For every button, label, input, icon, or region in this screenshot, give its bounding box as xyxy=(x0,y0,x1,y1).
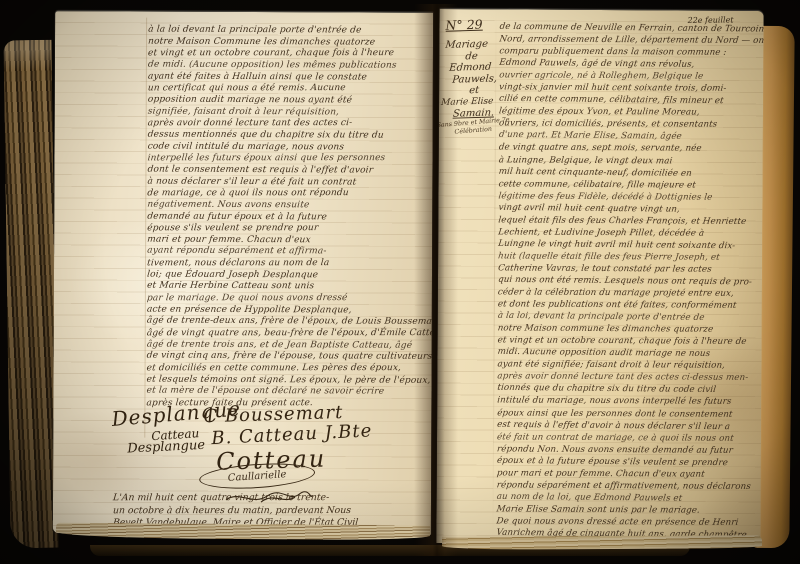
signature-caullarielle: Caullarielle xyxy=(228,469,287,484)
handwritten-line: opposition audit mariage ne nous ayant é… xyxy=(147,95,432,108)
handwritten-line: âgé de vingt quatre ans, beau-frère de l… xyxy=(146,328,431,340)
handwritten-line: négativement. Nous avons ensuite xyxy=(147,199,432,212)
handwritten-line: interpellé les futurs époux ainsi que le… xyxy=(147,153,432,165)
photo-of-open-marriage-register: à la loi devant la principale porte d'en… xyxy=(0,0,800,564)
act-margin-annotation: MariagedeEdmondPauwels,etMarie EliseSama… xyxy=(439,39,501,120)
handwritten-line: ayant répondu séparément et affirma- xyxy=(147,246,432,259)
handwritten-line: et la mère de l'épouse ont déclaré ne sa… xyxy=(146,386,431,399)
bottom-page-edges-left xyxy=(56,523,430,541)
bottom-page-edges-right xyxy=(442,535,762,550)
handwritten-line: épouse s'ils veulent se prendre pour xyxy=(147,223,432,235)
handwritten-line: et vingt et un octobre courant, chaque f… xyxy=(147,48,432,60)
act-number: N° 29 xyxy=(445,17,482,33)
right-page: 22e feuillet N° 29 MariagedeEdmondPauwel… xyxy=(436,9,763,545)
handwritten-line: par le mariage. De quoi nous avons dress… xyxy=(146,293,431,305)
handwritten-line: dessus mentionnés que du chapitre six du… xyxy=(147,129,432,142)
handwritten-line: et Marie Herbine Catteau sont unis xyxy=(146,281,431,294)
handwritten-line: après avoir donné lecture tant des actes… xyxy=(147,118,432,130)
right-page-body-text: de la commune de Neuville en Ferrain, ca… xyxy=(496,21,761,541)
handwritten-line: intitulé du mariage, nous avons interpel… xyxy=(497,395,760,409)
handwritten-line: été fait un contrat de mariage, ce à quo… xyxy=(496,431,759,445)
left-page-body-text: à la loi devant la principale porte d'en… xyxy=(146,25,432,411)
handwritten-line: après lecture faite du présent acte. xyxy=(146,398,431,410)
left-page-edge-stack xyxy=(3,40,58,549)
handwritten-line: un certificat qui nous a été remis. Aucu… xyxy=(147,83,432,95)
signature-catteau-jbte: B. Catteau J.Bte xyxy=(211,420,373,449)
handwritten-line: de midi. (Aucune opposition) les mêmes p… xyxy=(147,60,432,73)
signature-catteau-small: Catteau xyxy=(151,426,200,443)
handwritten-line: de mariage, ce à quoi ils nous ont répon… xyxy=(147,188,432,200)
handwritten-line: cette commune, célibataire, fille majeur… xyxy=(498,178,761,192)
handwritten-line: à nous déclarer s'il leur a été fait un … xyxy=(147,176,432,189)
signature-oval-flourish: Caullarielle xyxy=(198,460,315,492)
handwritten-line: âgé de trente-deux ans, frère de l'époux… xyxy=(146,316,431,329)
handwritten-line: et domiciliés en cette commune. Les père… xyxy=(146,363,431,375)
handwritten-line: L'An mil huit cent quatre vingt trois le… xyxy=(112,492,423,505)
handwritten-line: dont le consentement est requis à l'effe… xyxy=(147,164,432,177)
handwritten-line: de vingt quatre ans, sept mois, servante… xyxy=(498,142,761,156)
handwritten-line: demandé au futur époux et à la future xyxy=(147,211,432,224)
left-page: à la loi devant la principale porte d'en… xyxy=(53,11,433,535)
handwritten-line: de vingt cinq ans, frère de l'épouse, to… xyxy=(146,351,431,364)
handwritten-line: à la loi devant la principale porte d'en… xyxy=(148,25,433,38)
signature-cotteau: Cotteau xyxy=(216,444,327,475)
signature-desplangue: Desplangue xyxy=(127,438,205,457)
handwritten-line: un octobre à dix heures du matin, pardev… xyxy=(112,505,423,518)
handwritten-line: tivement, nous déclarons au nom de la xyxy=(146,258,431,270)
handwritten-line: code civil intitulé du mariage, nous avo… xyxy=(147,141,432,154)
